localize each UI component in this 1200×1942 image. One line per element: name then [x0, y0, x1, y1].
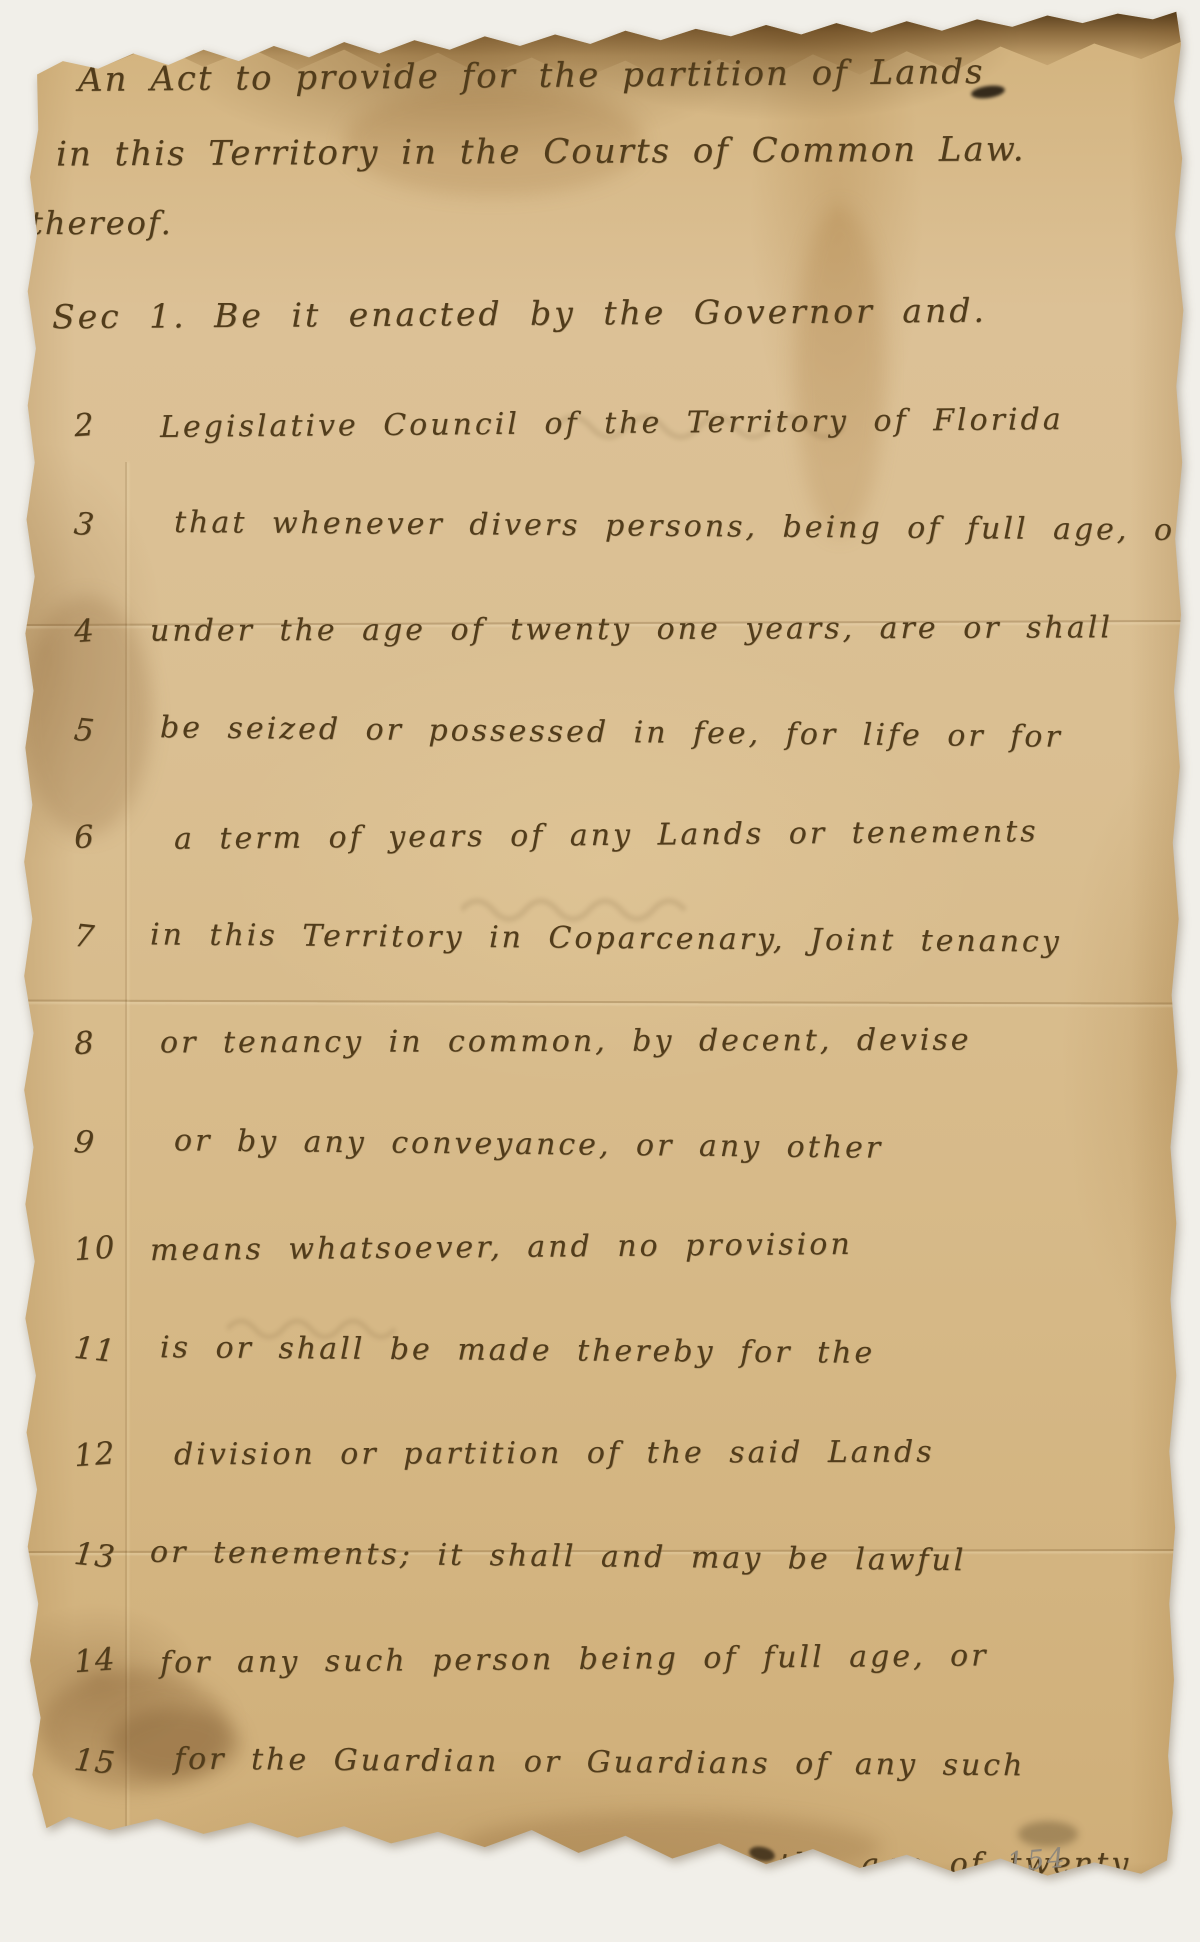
stained-bottom-edge — [16, 1862, 1188, 1908]
line-text: for the Guardian or Guardians of any suc… — [174, 1742, 1026, 1784]
manuscript-line: 10 means whatsoever, and no provision — [16, 1196, 1188, 1299]
line-number: 2 — [73, 403, 139, 443]
manuscript-line: 3 that whenever divers persons, being of… — [16, 475, 1188, 578]
line-text: in this Territory in Coparcenary, Joint … — [150, 917, 1062, 959]
line-number: 10 — [73, 1227, 139, 1267]
section-heading: Sec 1. Be it enacted by the Governor and… — [52, 291, 987, 337]
manuscript-line: 6 a term of years of any Lands or teneme… — [16, 784, 1188, 887]
line-number: 7 — [72, 917, 139, 959]
manuscript-line: 2 Legislative Council of the Territory o… — [16, 372, 1188, 475]
manuscript-line: 14 for any such person being of full age… — [16, 1608, 1188, 1711]
manuscript-content: An Act to provide for the partition of L… — [16, 6, 1188, 1908]
line-text: or tenements; it shall and may be lawful — [150, 1535, 967, 1579]
manuscript-line: 11 is or shall be made thereby for the — [16, 1299, 1188, 1402]
line-text: under the age of twenty one years, are o… — [150, 610, 1113, 648]
manuscript-line: 8 or tenancy in common, by decent, devis… — [16, 990, 1188, 1093]
line-text: person or persons being under the age of… — [150, 1846, 1131, 1884]
line-text: for any such person being of full age, o… — [160, 1638, 989, 1680]
manuscript-line: 15 for the Guardian or Guardians of any … — [16, 1711, 1188, 1814]
manuscript-line: 4 under the age of twenty one years, are… — [16, 578, 1188, 681]
line-number: 13 — [72, 1535, 139, 1577]
act-title-line: thereof. — [30, 204, 173, 242]
line-text: or tenancy in common, by decent, devise — [160, 1023, 972, 1061]
manuscript-lines: 2 Legislative Council of the Territory o… — [16, 372, 1188, 1917]
manuscript-line: 13 or tenements; it shall and may be law… — [16, 1505, 1188, 1608]
line-text: or by any conveyance, or any other — [174, 1123, 883, 1165]
act-title-line: An Act to provide for the partition of L… — [78, 52, 985, 100]
line-number: 16 — [73, 1845, 139, 1885]
line-text: be seized or possessed in fee, for life … — [160, 710, 1063, 754]
line-text: Legislative Council of the Territory of … — [160, 402, 1064, 445]
scanned-manuscript-page: An Act to provide for the partition of L… — [0, 0, 1200, 1942]
line-number: 11 — [72, 1329, 139, 1371]
line-number: 8 — [73, 1021, 139, 1061]
manuscript-line: 5 be seized or possessed in fee, for lif… — [16, 681, 1188, 784]
line-number: 14 — [73, 1639, 139, 1679]
paper-sheet: An Act to provide for the partition of L… — [16, 6, 1188, 1908]
manuscript-line: 9 or by any conveyance, or any other — [16, 1093, 1188, 1196]
line-number: 12 — [73, 1433, 139, 1473]
act-title-line: in this Territory in the Courts of Commo… — [56, 129, 1026, 174]
manuscript-line: 12 division or partition of the said Lan… — [16, 1402, 1188, 1505]
manuscript-line: 7 in this Territory in Coparcenary, Join… — [16, 887, 1188, 990]
line-text: is or shall be made thereby for the — [160, 1330, 875, 1371]
line-number: 6 — [73, 815, 139, 855]
line-number: 5 — [72, 711, 139, 753]
line-text: division or partition of the said Lands — [174, 1435, 935, 1473]
line-text: that whenever divers persons, being of f… — [174, 505, 1193, 548]
line-text: means whatsoever, and no provision — [150, 1227, 853, 1268]
line-number: 4 — [73, 609, 139, 649]
pencil-page-number: 154 — [1006, 1842, 1069, 1878]
line-number: 3 — [72, 505, 139, 547]
manuscript-line: 16 person or persons being under the age… — [16, 1814, 1188, 1917]
line-number: 15 — [72, 1741, 139, 1783]
line-text: a term of years of any Lands or tenement… — [174, 814, 1039, 857]
line-number: 9 — [72, 1123, 139, 1165]
